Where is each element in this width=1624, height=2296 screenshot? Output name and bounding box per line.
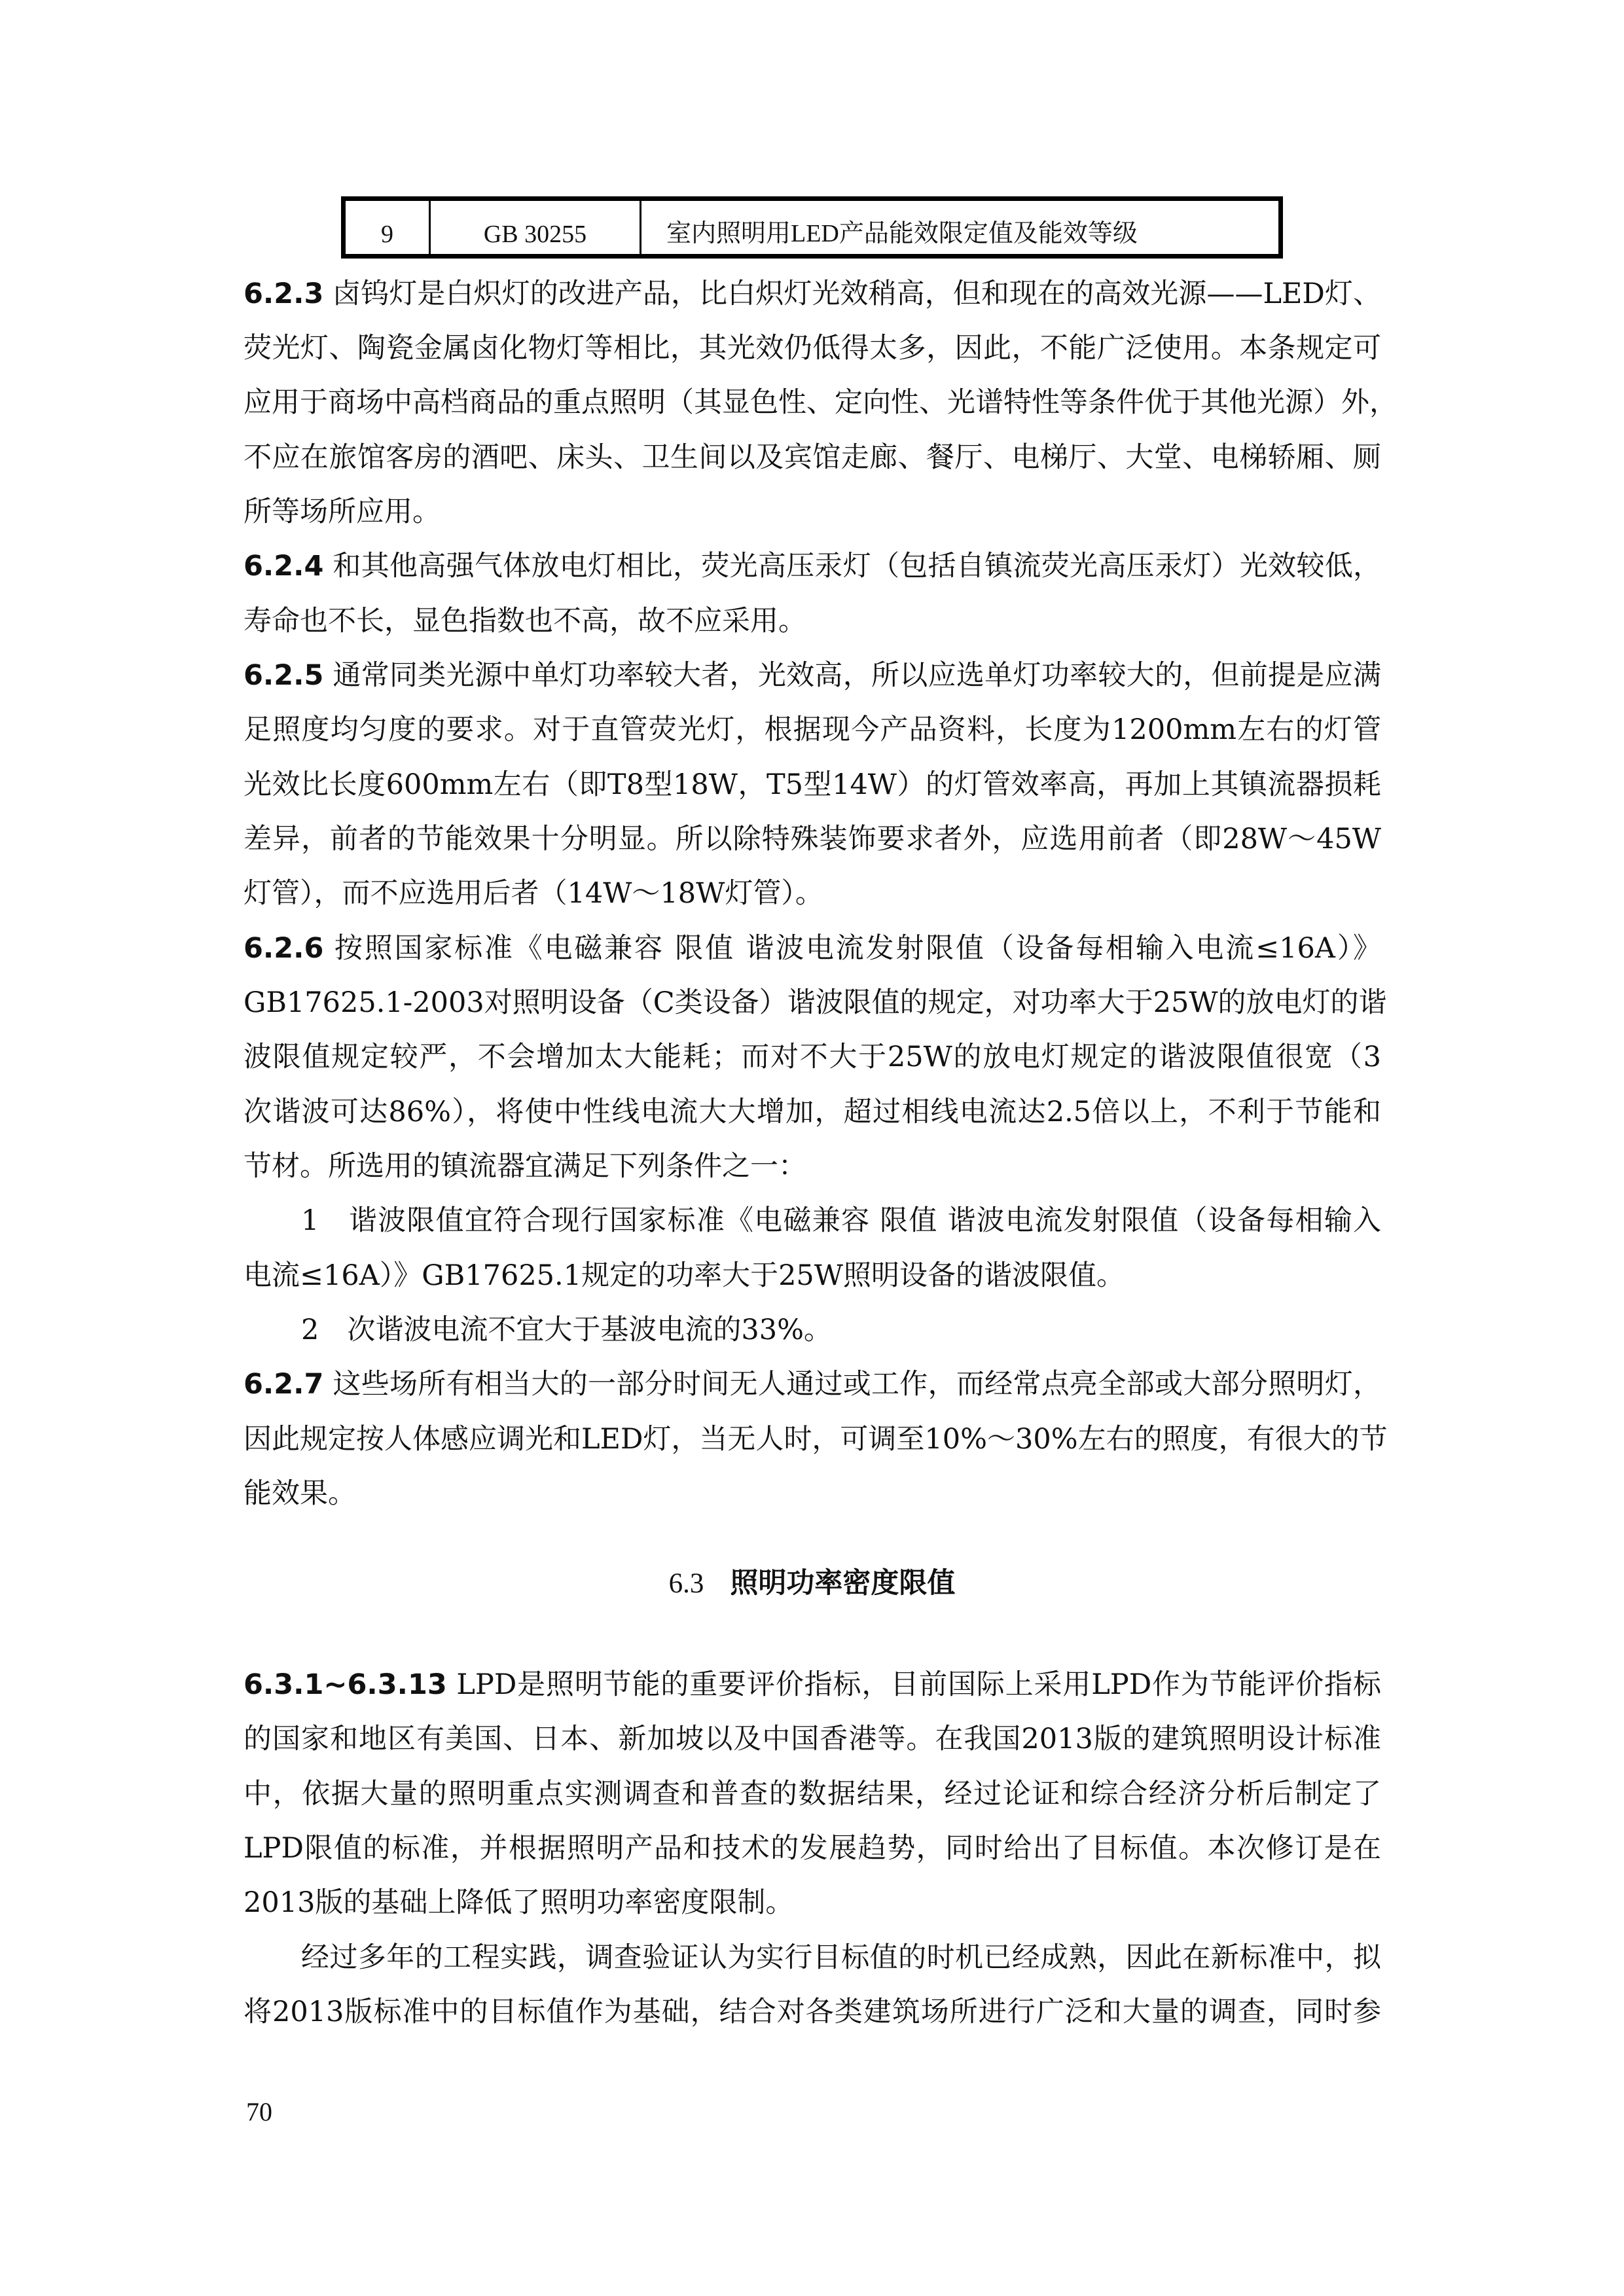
paragraph-line: 将2013版标准中的目标值作为基础，结合对各类建筑场所进行广泛和大量的调查，同时… — [244, 1985, 1381, 2039]
paragraph-line: 不应在旅馆客房的酒吧、床头、卫生间以及宾馆走廊、餐厅、电梯厅、大堂、电梯轿厢、厕 — [244, 431, 1381, 485]
list-item-line: 电流≤16A）》GB17625.1规定的功率大于25W照明设备的谐波限值。 — [244, 1249, 1381, 1303]
clause-number: 6.2.7 — [244, 1368, 323, 1401]
paragraph-line: 灯管），而不应选用后者（14W～18W灯管）。 — [244, 867, 1381, 921]
paragraph-line: 足照度均匀度的要求。对于直管荧光灯，根据现今产品资料，长度为1200mm左右的灯… — [244, 703, 1381, 757]
standards-table-row: 9 GB 30255 室内照明用LED产品能效限定值及能效等级 — [341, 196, 1283, 259]
paragraph-line: 6.2.3 卤钨灯是白炽灯的改进产品，比白炽灯光效稍高，但和现在的高效光源——L… — [244, 267, 1381, 321]
table-cell-code: GB 30255 — [431, 201, 641, 254]
paragraph-line: LPD限值的标准，并根据照明产品和技术的发展趋势，同时给出了目标值。本次修订是在 — [244, 1821, 1381, 1876]
paragraph-line: 次谐波可达86%），将使中性线电流大大增加，超过相线电流达2.5倍以上，不利于节… — [244, 1085, 1381, 1139]
section-number: 6.3 — [669, 1568, 704, 1599]
paragraph-line: 的国家和地区有美国、日本、新加坡以及中国香港等。在我国2013版的建筑照明设计标… — [244, 1712, 1381, 1767]
paragraph-line: 所等场所应用。 — [244, 485, 1381, 539]
list-item-line: 1 谐波限值宜符合现行国家标准《电磁兼容 限值 谐波电流发射限值（设备每相输入 — [301, 1194, 1381, 1248]
clause-number: 6.2.5 — [244, 659, 323, 692]
paragraph-line: 6.2.4 和其他高强气体放电灯相比，荧光高压汞灯（包括自镇流荧光高压汞灯）光效… — [244, 539, 1381, 594]
paragraph-line: 荧光灯、陶瓷金属卤化物灯等相比，其光效仍低得太多，因此，不能广泛使用。本条规定可 — [244, 321, 1381, 376]
paragraph-line: 寿命也不长，显色指数也不高，故不应采用。 — [244, 594, 1381, 649]
section-title: 照明功率密度限值 — [730, 1567, 955, 1600]
clause-number: 6.2.4 — [244, 550, 323, 583]
table-cell-number: 9 — [346, 201, 431, 254]
paragraph-line: 2013版的基础上降低了照明功率密度限制。 — [244, 1876, 1381, 1930]
paragraph-line: 6.2.5 通常同类光源中单灯功率较大者，光效高，所以应选单灯功率较大的，但前提… — [244, 649, 1381, 703]
paragraph-line: 能效果。 — [244, 1467, 1381, 1521]
paragraph-line: 经过多年的工程实践，调查验证认为实行目标值的时机已经成熟，因此在新标准中，拟 — [301, 1931, 1381, 1985]
paragraph-line: 差异，前者的节能效果十分明显。所以除特殊装饰要求者外，应选用前者（即28W～45… — [244, 812, 1381, 867]
paragraph-line: 6.2.6 按照国家标准《电磁兼容 限值 谐波电流发射限值（设备每相输入电流≤1… — [244, 922, 1381, 976]
paragraph-line: 中，依据大量的照明重点实测调查和普查的数据结果，经过论证和综合经济分析后制定了 — [244, 1767, 1381, 1821]
paragraph-line: 因此规定按人体感应调光和LED灯，当无人时，可调至10%～30%左右的照度，有很… — [244, 1412, 1381, 1467]
section-heading: 6.3照明功率密度限值 — [0, 1556, 1624, 1611]
list-item-line: 2 次谐波电流不宜大于基波电流的33%。 — [301, 1303, 1381, 1357]
clause-number: 6.2.3 — [244, 278, 323, 310]
paragraph-line: 6.3.1~6.3.13 LPD是照明节能的重要评价指标，目前国际上采用LPD作… — [244, 1658, 1381, 1712]
paragraph-line: 6.2.7 这些场所有相当大的一部分时间无人通过或工作，而经常点亮全部或大部分照… — [244, 1357, 1381, 1412]
paragraph-line: 光效比长度600mm左右（即T8型18W，T5型14W）的灯管效率高，再加上其镇… — [244, 758, 1381, 812]
page-number: 70 — [246, 2096, 272, 2127]
document-page: 9 GB 30255 室内照明用LED产品能效限定值及能效等级 6.2.3 卤钨… — [0, 0, 1624, 2296]
paragraph-line: 节材。所选用的镇流器宜满足下列条件之一： — [244, 1139, 1381, 1194]
clause-number: 6.2.6 — [244, 932, 323, 965]
paragraph-line: GB17625.1-2003对照明设备（C类设备）谐波限值的规定，对功率大于25… — [244, 976, 1381, 1030]
clause-number: 6.3.1~6.3.13 — [244, 1668, 447, 1701]
paragraph-line: 应用于商场中高档商品的重点照明（其显色性、定向性、光谱特性等条件优于其他光源）外… — [244, 376, 1381, 430]
paragraph-line: 波限值规定较严，不会增加太大能耗；而对不大于25W的放电灯规定的谐波限值很宽（3 — [244, 1030, 1381, 1085]
table-cell-name: 室内照明用LED产品能效限定值及能效等级 — [641, 201, 1278, 254]
